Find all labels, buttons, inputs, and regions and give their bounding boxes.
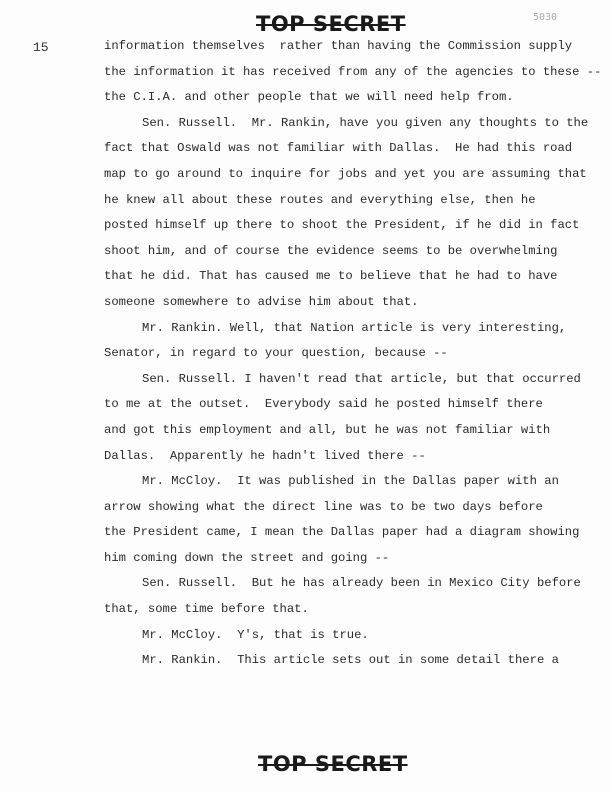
transcript-line: him coming down the street and going -- bbox=[104, 546, 594, 572]
classification-label: TOP SECRET bbox=[258, 752, 408, 776]
transcript-line: that he did. That has caused me to belie… bbox=[104, 264, 594, 290]
classification-stamp-bottom: TOP SECRET bbox=[258, 752, 408, 776]
transcript-line: map to go around to inquire for jobs and… bbox=[104, 162, 594, 188]
transcript-line: to me at the outset. Everybody said he p… bbox=[104, 392, 594, 418]
transcript-line: posted himself up there to shoot the Pre… bbox=[104, 213, 594, 239]
transcript-line: Mr. McCloy. It was published in the Dall… bbox=[104, 469, 594, 495]
transcript-line: the President came, I mean the Dallas pa… bbox=[104, 520, 594, 546]
transcript-line: fact that Oswald was not familiar with D… bbox=[104, 136, 594, 162]
transcript-line: Mr. Rankin. Well, that Nation article is… bbox=[104, 316, 594, 342]
classification-label: TOP SECRET bbox=[256, 12, 406, 36]
transcript-line: Sen. Russell. Mr. Rankin, have you given… bbox=[104, 111, 594, 137]
transcript-line: Dallas. Apparently he hadn't lived there… bbox=[104, 444, 594, 470]
transcript-line: Sen. Russell. But he has already been in… bbox=[104, 571, 594, 597]
transcript-line: Mr. McCloy. Y's, that is true. bbox=[104, 623, 594, 649]
transcript-line: that, some time before that. bbox=[104, 597, 594, 623]
page-number: 5030 bbox=[533, 12, 557, 23]
transcript-line: he knew all about these routes and every… bbox=[104, 188, 594, 214]
transcript-line: Sen. Russell. I haven't read that articl… bbox=[104, 367, 594, 393]
transcript-line: someone somewhere to advise him about th… bbox=[104, 290, 594, 316]
transcript-line: Mr. Rankin. This article sets out in som… bbox=[104, 648, 594, 674]
transcript-line: arrow showing what the direct line was t… bbox=[104, 495, 594, 521]
transcript-line: and got this employment and all, but he … bbox=[104, 418, 594, 444]
margin-line-number: 15 bbox=[33, 40, 49, 55]
transcript-line: shoot him, and of course the evidence se… bbox=[104, 239, 594, 265]
document-page: TOP SECRET 5030 15 information themselve… bbox=[0, 0, 612, 791]
transcript-line: information themselves rather than havin… bbox=[104, 34, 594, 60]
transcript-body: information themselves rather than havin… bbox=[104, 34, 594, 674]
classification-stamp-top: TOP SECRET bbox=[256, 12, 406, 36]
transcript-line: the information it has received from any… bbox=[104, 60, 594, 86]
transcript-line: Senator, in regard to your question, bec… bbox=[104, 341, 594, 367]
transcript-line: the C.I.A. and other people that we will… bbox=[104, 85, 594, 111]
